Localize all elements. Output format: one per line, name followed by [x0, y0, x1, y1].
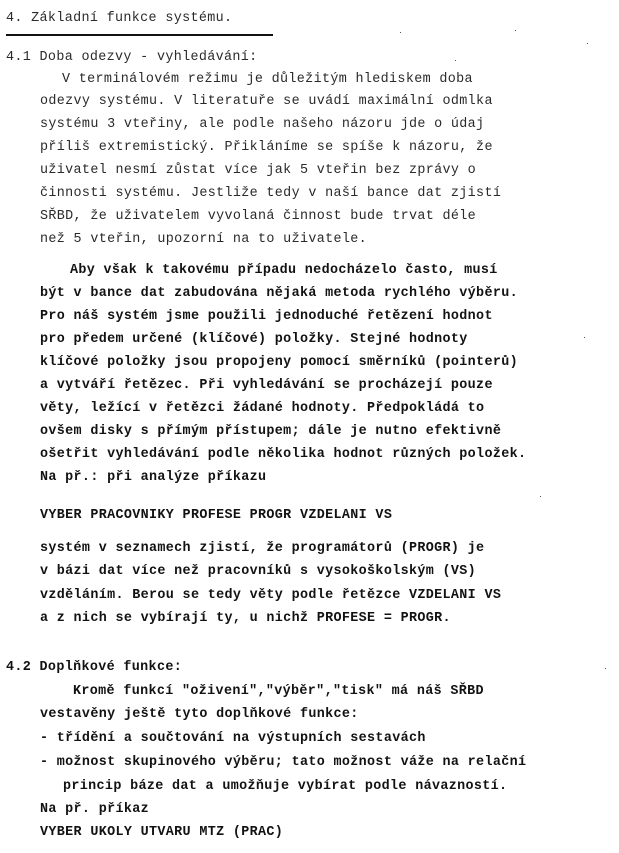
text-line: Na př.: při analýze příkazu — [40, 469, 266, 487]
text-line: Na př. příkaz — [40, 801, 149, 819]
text-line: systém v seznamech zjistí, že programáto… — [40, 540, 484, 558]
list-item-continuation: princip báze dat a umožňuje vybírat podl… — [63, 778, 507, 796]
text-line: uživatel nesmí zůstat více jak 5 vteřin … — [40, 162, 476, 180]
scan-speck — [540, 496, 541, 497]
scan-speck — [515, 30, 516, 31]
list-item: - možnost skupinového výběru; tato možno… — [40, 754, 526, 772]
text-line: než 5 vteřin, upozorní na to uživatele. — [40, 231, 367, 249]
text-line: ovšem disky s přímým přístupem; dále je … — [40, 423, 501, 441]
list-item: - třídění a součtování na výstupních ses… — [40, 730, 426, 748]
text-line: SŘBD, že uživatelem vyvolaná činnost bud… — [40, 208, 476, 226]
text-line: činnosti systému. Jestliže tedy v naší b… — [40, 185, 501, 203]
section-4-1-title: 4.1 Doba odezvy - vyhledávání: — [6, 49, 258, 67]
text-line: vestavěny ještě tyto doplňkové funkce: — [40, 706, 359, 724]
text-line: v bázi dat více než pracovníků s vysokoš… — [40, 563, 476, 581]
text-line: Kromě funkcí "oživení","výběr","tisk" má… — [73, 683, 484, 701]
section-4-2-title: 4.2 Doplňkové funkce: — [6, 659, 182, 677]
text-line: a z nich se vybírají ty, u nichž PROFESE… — [40, 610, 451, 628]
command-example: VYBER PRACOVNIKY PROFESE PROGR VZDELANI … — [40, 507, 392, 525]
scan-speck — [587, 43, 588, 44]
text-line: a vytváří řetězec. Při vyhledávání se pr… — [40, 377, 493, 395]
scan-speck — [400, 32, 401, 33]
text-line: ošetřit vyhledávání podle několika hodno… — [40, 446, 526, 464]
text-line: Aby však k takovému případu nedocházelo … — [70, 262, 498, 280]
text-line: věty, ležící v řetězci žádané hodnoty. P… — [40, 400, 484, 418]
text-line: V terminálovém režimu je důležitým hledi… — [62, 71, 473, 89]
scan-speck — [584, 337, 585, 338]
typewritten-page: 4. Základní funkce systému. 4.1 Doba ode… — [0, 0, 619, 853]
text-line: Pro náš systém jsme použili jednoduché ř… — [40, 308, 493, 326]
text-line: systému 3 vteřiny, ale podle našeho názo… — [40, 116, 484, 134]
scan-speck — [455, 60, 456, 61]
text-line: být v bance dat zabudována nějaká metoda… — [40, 285, 518, 303]
scan-speck — [605, 668, 606, 669]
text-line: vzděláním. Berou se tedy věty podle řetě… — [40, 587, 501, 605]
page-heading: 4. Základní funkce systému. — [6, 10, 232, 28]
heading-underline — [6, 34, 273, 36]
text-line: příliš extremistický. Přikláníme se spíš… — [40, 139, 493, 157]
command-example: VYBER UKOLY UTVARU MTZ (PRAC) — [40, 824, 283, 842]
text-line: klíčové položky jsou propojeny pomocí sm… — [40, 354, 518, 372]
text-line: pro předem určené (klíčové) položky. Ste… — [40, 331, 468, 349]
text-line: odezvy systému. V literatuře se uvádí ma… — [40, 93, 493, 111]
